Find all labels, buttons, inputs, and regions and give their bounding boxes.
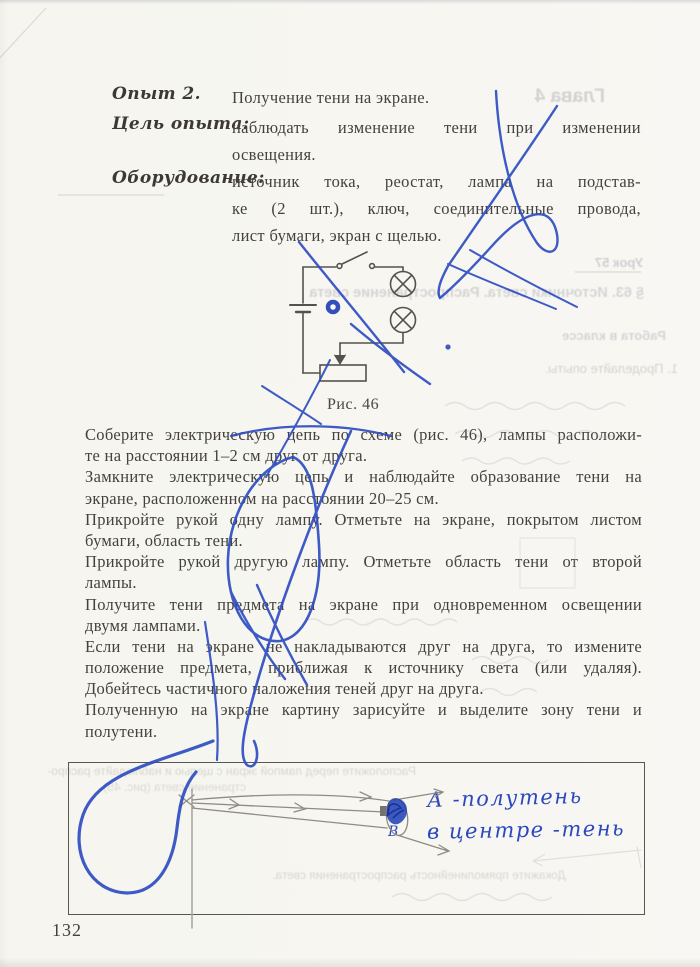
text-line: лампы. — [85, 572, 642, 593]
text-line: Прикройте рукой одну лампу. Отметьте на … — [85, 509, 642, 530]
circuit-diagram — [262, 243, 452, 408]
scanned-workbook-page: Глава 4 Урок 57 § 63. Источники света. Р… — [0, 0, 700, 967]
showthrough-work-heading: Работа в классе — [556, 328, 666, 343]
text-line: Прикройте рукой другую лампу. Отметьте о… — [85, 551, 642, 572]
instructions-text: Соберите электрическую цепь по схеме (ри… — [85, 424, 642, 742]
showthrough-item: 1. Проделайте опыты. — [548, 361, 678, 376]
figure-caption: Рис. 46 — [327, 396, 379, 414]
experiment-title: Получение тени на экране. — [232, 88, 429, 108]
page-number: 132 — [52, 920, 82, 941]
text-line: освещения. — [232, 141, 641, 168]
goal-label: Цель опыта: — [112, 114, 250, 134]
text-line: Соберите электрическую цепь по схеме (ри… — [85, 424, 642, 445]
handwritten-note-umbra: в центре -тень — [427, 816, 625, 843]
text-line: двумя лампами. — [85, 615, 642, 636]
text-line: полутени. — [85, 721, 642, 742]
text-line: экране, расположенном на расстоянии 20–2… — [85, 488, 642, 509]
text-line: Получите тени предмета на экране при одн… — [85, 594, 642, 615]
text-line: те на расстоянии 1–2 см друг от друга. — [85, 445, 642, 466]
equipment-text: источник тока, реостат, лампа на подстав… — [232, 168, 641, 249]
text-line: Добейтесь частичного наложения теней дру… — [85, 678, 642, 699]
experiment-label: Опыт 2. — [112, 84, 201, 104]
text-line: положение предмета, приближая к источник… — [85, 657, 642, 678]
handwritten-note-penumbra: А -полутень — [427, 784, 583, 812]
showthrough-lesson: Урок 57 — [573, 255, 643, 270]
goal-text: наблюдать изменение тени при измененииос… — [232, 114, 641, 168]
text-line: бумаги, область тени. — [85, 530, 642, 551]
text-line: Если тени на экране не накладываются дру… — [85, 636, 642, 657]
text-line: Замкните электрическую цепь и наблюдайте… — [85, 466, 642, 487]
handwritten-point-label: В — [388, 824, 400, 840]
showthrough-chapter: Глава 4 — [505, 86, 605, 108]
text-line: источник тока, реостат, лампа на подстав… — [232, 168, 641, 195]
text-line: наблюдать изменение тени при изменении — [232, 114, 641, 141]
text-line: Полученную на экране картину зарисуйте и… — [85, 699, 642, 720]
text-line: ке (2 шт.), ключ, соединительные провода… — [232, 195, 641, 222]
